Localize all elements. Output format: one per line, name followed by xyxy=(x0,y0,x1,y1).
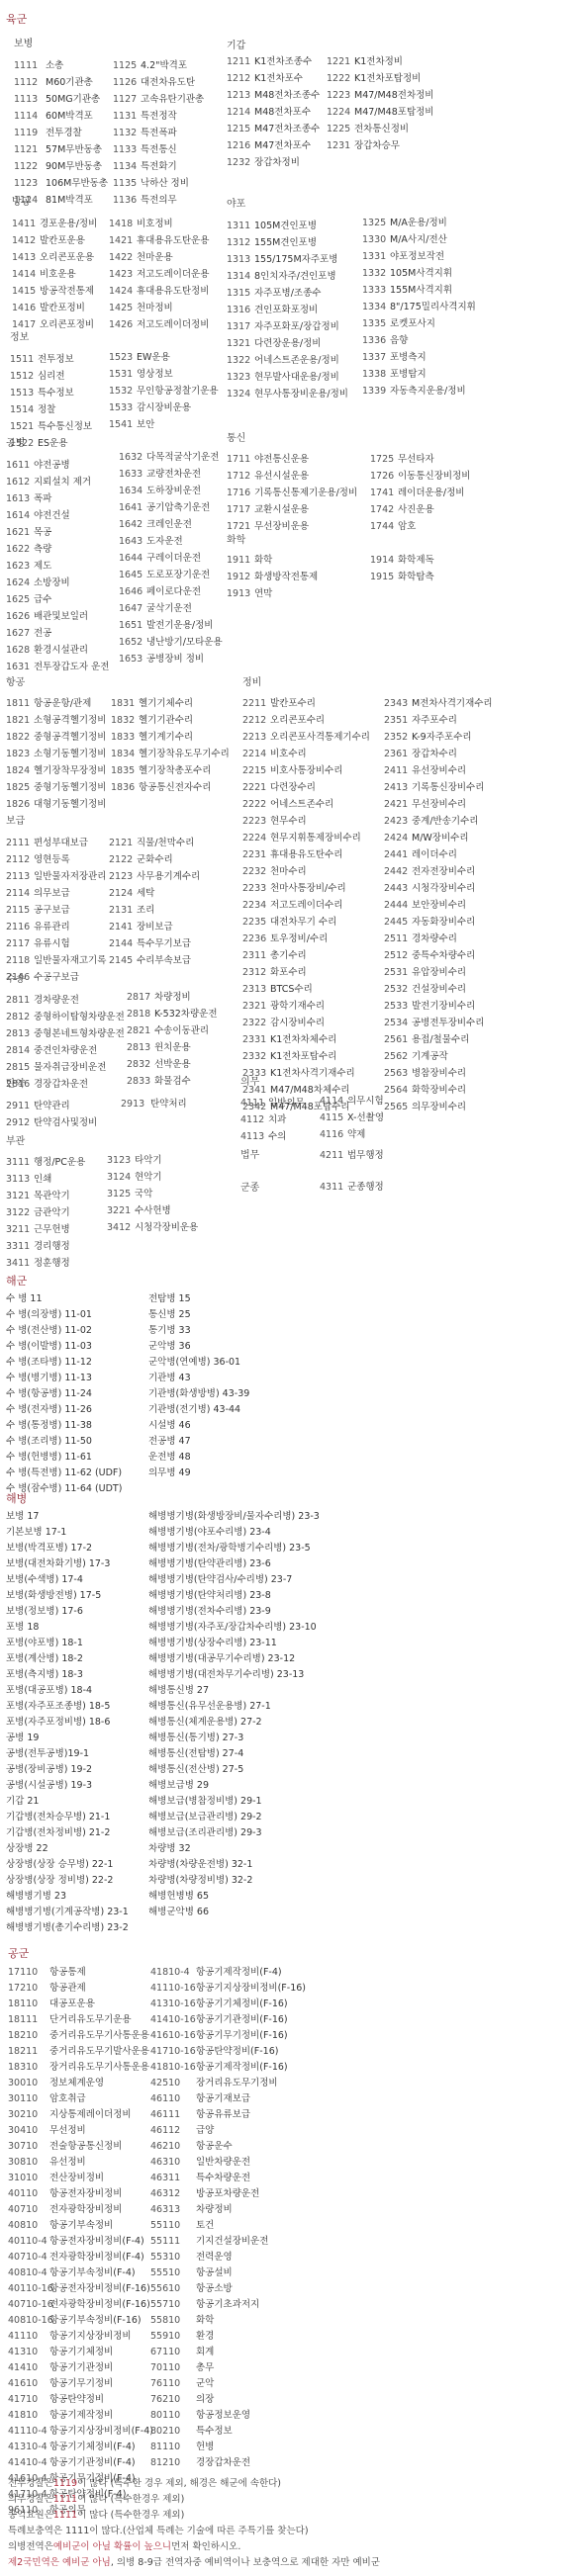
code-number: 2111 xyxy=(6,839,34,848)
rating-entry: 수 병(특전병) 11-62 (UDF) xyxy=(6,1466,122,1481)
code-number: 2441 xyxy=(384,850,412,860)
code-entry: 2115공구보급 xyxy=(6,902,106,919)
code-name: 자주포수리 xyxy=(412,716,457,726)
specialty-entry: 공병 19 xyxy=(6,1731,129,1746)
code-name: 병참장비수리 xyxy=(412,1069,466,1079)
code-name: 토우정비/수리 xyxy=(270,934,328,944)
code-entry: 1223M47/M48전차정비 xyxy=(327,87,433,104)
code-entry: 2511경차량수리 xyxy=(384,931,493,947)
code-number: 2413 xyxy=(384,783,412,793)
specialty-entry: 해병병기병(총기수리병) 23-2 xyxy=(6,1920,129,1936)
code-entry: 1613폭파 xyxy=(6,490,109,507)
code-number: 46310 xyxy=(150,2158,196,2168)
code-name: 무인항공정찰기운용 xyxy=(137,387,219,397)
code-number: 2411 xyxy=(384,766,412,776)
code-name: K1전차포탑수리 xyxy=(270,1052,336,1062)
rating-entry: 의무병 49 xyxy=(148,1466,249,1481)
code-entry: 2512중특수차량수리 xyxy=(384,947,493,964)
code-name: 경장갑차운전 xyxy=(196,2458,250,2468)
code-name: 오리콘포수리 xyxy=(270,716,325,726)
code-number: 2123 xyxy=(109,872,137,882)
code-name: 다목적굴삭기운전 xyxy=(146,453,219,463)
code-entry: 41410-16항공기기관정비(F-16) xyxy=(150,2012,306,2028)
code-entry: 1627전공 xyxy=(6,625,109,642)
code-name: 전자광학장비정비 xyxy=(49,2205,122,2215)
footnote-line: 제2국민역은 예비군 아님, 의병 8-9급 전역자중 예비역이나 보충역으로 … xyxy=(8,2555,380,2571)
rating-entry: 통기병 33 xyxy=(148,1323,249,1339)
code-number: 1647 xyxy=(119,604,146,614)
code-name: 목관악기 xyxy=(34,1192,70,1201)
code-entry: 41610-16항공기무기정비(F-16) xyxy=(150,2028,306,2044)
code-number: 1422 xyxy=(109,253,137,263)
code-entry: 1523EW운용 xyxy=(109,349,219,366)
highlighted-text: 1111 xyxy=(53,2495,77,2505)
code-name: 특수정보 xyxy=(196,2427,233,2437)
code-entry: 2832선박운용 xyxy=(127,1056,218,1073)
code-entry: 1631전투장갑도자 운전 xyxy=(6,659,109,675)
code-number: 2313 xyxy=(242,985,270,995)
code-entry: 2813중형본네트형차량운전 xyxy=(6,1025,125,1042)
rating-entry: 수 병(조리병) 11-50 xyxy=(6,1434,122,1450)
code-number: 1119 xyxy=(14,129,46,138)
code-column: 1311105M견인포병1312155M견인포병1313155/175M자주포병… xyxy=(227,218,348,402)
code-name: 전자광학장비정비(F-16) xyxy=(49,2300,150,2310)
specialty-entry: 보병(정보병) 17-6 xyxy=(6,1604,129,1620)
code-name: 토건 xyxy=(196,2221,214,2231)
code-name: 공기압축기운전 xyxy=(146,503,210,513)
specialty-entry: 기본보병 17-1 xyxy=(6,1525,129,1541)
code-entry: 1426저고도레이더정비 xyxy=(109,316,209,333)
code-entry: 2112영현등록 xyxy=(6,851,106,868)
code-entry: 76210의장 xyxy=(150,2392,306,2408)
code-name: 의무시험 xyxy=(347,1097,384,1107)
code-entry: 13348"/175밀리사격지휘 xyxy=(362,299,476,315)
code-name: 무선타자 xyxy=(398,455,434,465)
code-name: 항공관제 xyxy=(49,1984,86,1994)
code-entry: 2413기록통신장비수리 xyxy=(384,779,493,796)
code-entry: 2361장갑차수리 xyxy=(384,746,493,762)
category-label-transport: 수송 xyxy=(6,975,25,985)
code-entry: 1512심리전 xyxy=(10,368,92,385)
code-number: 31010 xyxy=(8,2174,49,2183)
code-number: 2224 xyxy=(242,834,270,844)
code-name: 항공기무기정비(F-16) xyxy=(196,2031,288,2041)
code-name: 전술항공통신정비 xyxy=(49,2142,122,2152)
code-entry: 1127고속유탄기관총 xyxy=(113,91,204,108)
code-name: 경차량운전 xyxy=(34,996,79,1006)
code-name: 소형기동헬기정비 xyxy=(34,750,106,759)
code-number: 41410 xyxy=(8,2363,49,2373)
code-name: 휴대용유도탄수리 xyxy=(270,850,342,860)
code-name: 야전건설 xyxy=(34,511,70,521)
code-name: 전력운영 xyxy=(196,2253,233,2263)
code-number: 2565 xyxy=(384,1103,412,1112)
code-name: 다련장운용/정비 xyxy=(254,339,321,349)
code-number: 1911 xyxy=(227,556,254,566)
code-entry: 1624소방장비 xyxy=(6,575,109,591)
code-number: 1826 xyxy=(6,800,34,810)
code-name: M/A운용/정비 xyxy=(390,219,447,228)
code-number: 2131 xyxy=(109,906,137,916)
code-number: 1121 xyxy=(14,145,46,155)
code-name: 군종행정 xyxy=(347,1183,384,1193)
code-entry: 3123타악기 xyxy=(107,1152,198,1169)
code-name: 특전화기 xyxy=(141,162,177,172)
highlighted-text: 1119 xyxy=(53,2479,77,2489)
code-number: 18211 xyxy=(8,2047,49,2057)
specialty-entry: 해병통신(체계운용병) 27-2 xyxy=(148,1715,320,1731)
code-number: 4311 xyxy=(320,1183,347,1193)
code-entry: 46210항공운수 xyxy=(150,2139,306,2155)
code-entry: 1912화생방작전통제 xyxy=(227,569,318,585)
category-label-signal: 통신 xyxy=(227,434,245,444)
code-name: 정훈행정 xyxy=(34,1259,70,1269)
code-number: 1216 xyxy=(227,141,254,151)
code-name: M47/M48전차정비 xyxy=(354,91,433,101)
code-entry: 1711야전통신운용 xyxy=(227,451,357,468)
specialty-entry: 해병헌병병 65 xyxy=(148,1889,320,1905)
code-number: 1127 xyxy=(113,95,141,105)
code-number: 55310 xyxy=(150,2253,196,2263)
code-name: 중견인차량운전 xyxy=(34,1046,97,1056)
code-entry: 41710항공탄약정비 xyxy=(8,2392,153,2408)
note-text: 전투경찰은 xyxy=(8,2479,53,2489)
code-entry: 2817차량정비 xyxy=(127,989,218,1006)
code-entry: 1643도자운전 xyxy=(119,533,223,550)
code-entry: 1312155M견인포병 xyxy=(227,234,348,251)
code-column: 1632다목적굴삭기운전1633교량전차운전1634도하장비운전1641공기압축… xyxy=(119,449,223,667)
code-number: 1612 xyxy=(6,478,34,488)
code-name: 근무헌병 xyxy=(34,1225,70,1235)
note-text: 이 많다 (특수한경우 제외) xyxy=(77,2495,184,2505)
code-number: 1651 xyxy=(119,621,146,631)
code-entry: 2911탄약관리 xyxy=(6,1098,97,1114)
code-number: 1333 xyxy=(362,286,390,296)
code-entry: 2565의무장비수리 xyxy=(384,1099,493,1115)
code-entry: 1628환경시설관리 xyxy=(6,642,109,659)
code-name: 건설장비수리 xyxy=(412,985,466,995)
code-entry: 40710전자광학장비정비 xyxy=(8,2202,153,2218)
code-name: 전투정보 xyxy=(38,355,74,365)
code-name: 목공 xyxy=(34,528,51,538)
rating-entry: 수 병(전자병) 11-26 xyxy=(6,1402,122,1418)
category-label-infantry: 보병 xyxy=(14,40,33,49)
code-number: 1324 xyxy=(227,390,254,400)
code-number: 2913 xyxy=(121,1100,150,1110)
code-name: 항공기기체정비(F-16) xyxy=(196,1999,288,2009)
code-name: 낙하산 정비 xyxy=(141,179,189,189)
code-entry: 2343M전차사격기재수리 xyxy=(384,695,493,712)
code-entry: 1311105M견인포병 xyxy=(227,218,348,234)
code-number: 55910 xyxy=(150,2332,196,2342)
specialty-entry: 해병병기병(화생방장비/물자수리병) 23-3 xyxy=(148,1509,320,1525)
code-entry: 2233천마사통장비/수리 xyxy=(242,880,370,897)
code-name: 세탁 xyxy=(137,889,154,899)
code-number: 30410 xyxy=(8,2126,49,2136)
code-column: 1914화학제독1915화학탐측 xyxy=(370,552,434,585)
code-name: 현무수리 xyxy=(270,817,307,827)
code-entry: 1119전투경찰 xyxy=(14,125,108,141)
code-name: 화물검수 xyxy=(154,1077,191,1087)
code-name: 금관악기 xyxy=(34,1208,70,1218)
code-entry: 30410무선정비 xyxy=(8,2123,153,2139)
code-name: 물자취급장비운전 xyxy=(34,1063,106,1073)
code-number: 1511 xyxy=(10,355,38,365)
code-entry: 2561용접/철물수리 xyxy=(384,1031,493,1048)
code-name: 항공통신전자수리 xyxy=(139,783,211,793)
code-entry: 1212K1전차포수 xyxy=(227,70,320,87)
code-number: 2116 xyxy=(6,923,34,933)
code-name: 휴대용유도탄운용 xyxy=(137,236,209,246)
code-number: 1513 xyxy=(10,389,38,399)
code-name: 야전통신운용 xyxy=(254,455,309,465)
code-number: 2423 xyxy=(384,817,412,827)
code-name: 항공기부속정비 xyxy=(49,2221,113,2231)
code-name: 항공탄약정비(F-16) xyxy=(196,2047,278,2057)
code-number: 2234 xyxy=(242,901,270,911)
rating-entry: 수 병(병기병) 11-13 xyxy=(6,1371,122,1386)
code-entry: 2423중계/반송기수리 xyxy=(384,813,493,830)
code-name: 크레인운전 xyxy=(146,520,192,530)
code-name: M47전차조종수 xyxy=(254,125,320,134)
code-entry: 2212오리콘포수리 xyxy=(242,712,370,729)
code-number: 46112 xyxy=(150,2126,196,2136)
code-name: 암호취급 xyxy=(49,2094,86,2104)
code-name: 특전의무 xyxy=(141,196,177,206)
code-name: 항공기지상장비정비(F-16) xyxy=(196,1984,306,1994)
code-name: 냉난방기/모타운용 xyxy=(146,638,223,648)
code-entry: 67110회계 xyxy=(150,2345,306,2360)
code-entry: 1133특전통신 xyxy=(113,141,204,158)
code-name: 중특수차량수리 xyxy=(412,951,475,961)
code-name: 경장갑차운전 xyxy=(34,1080,88,1090)
code-name: 155M사격지휘 xyxy=(390,286,452,296)
code-entry: 2421무선장비수리 xyxy=(384,796,493,813)
code-entry: 46110항공기재보급 xyxy=(150,2091,306,2107)
code-number: 2813 xyxy=(6,1029,34,1039)
code-number: 2533 xyxy=(384,1002,412,1012)
code-number: 4111 xyxy=(240,1099,268,1109)
code-entry: 1647굴삭기운전 xyxy=(119,600,223,617)
code-name: 전산장비정비 xyxy=(49,2174,104,2183)
code-name: 헌병 xyxy=(196,2443,214,2452)
code-name: 시청각장비수리 xyxy=(412,884,475,894)
code-entry: 41310항공기기체정비 xyxy=(8,2345,153,2360)
code-entry: 1411경포운용/정비 xyxy=(12,216,97,232)
code-entry: 1521특수통신정보 xyxy=(10,418,92,435)
code-name: 정보체계운영 xyxy=(49,2079,104,2088)
code-entry: 1211K1전차조종수 xyxy=(227,53,320,70)
code-name: 교환시설운용 xyxy=(254,505,309,515)
code-entry: 3111행정/PC운용 xyxy=(6,1154,85,1171)
code-entry: 1644구레이더운전 xyxy=(119,550,223,567)
code-name: 수의 xyxy=(268,1132,286,1142)
rating-entry: 전탐병 15 xyxy=(148,1291,249,1307)
code-entry: 1716기록통신통제기운용/정비 xyxy=(227,485,357,501)
code-entry: 112290M무반동총 xyxy=(14,158,108,175)
code-entry: 1914화학제독 xyxy=(370,552,434,569)
code-number: 1413 xyxy=(12,253,40,263)
code-number: 1425 xyxy=(109,304,137,313)
code-entry: 2131조리 xyxy=(109,902,200,919)
code-column: 1418비호정비1421휴대용유도탄운용1422천마운용1423저고도레이더운용… xyxy=(109,216,209,333)
code-entry: 2236토우정비/수리 xyxy=(242,931,370,947)
code-number: 1330 xyxy=(362,235,390,245)
code-name: 소형공격헬기정비 xyxy=(34,716,106,726)
code-number: 1411 xyxy=(12,220,40,229)
code-name: 항공탄약정비 xyxy=(49,2395,104,2405)
code-number: 1133 xyxy=(113,145,141,155)
code-number: 2114 xyxy=(6,889,34,899)
code-name: 발칸포운용 xyxy=(40,236,85,246)
code-entry: 1651발전기운용/정비 xyxy=(119,617,223,634)
code-number: 2361 xyxy=(384,750,412,759)
code-number: 46312 xyxy=(150,2189,196,2199)
footnote-line: 전투경찰은 1119 이 많다 (특수한 경우 제외, 해경은 해군에 속한다) xyxy=(8,2476,380,2492)
code-name: 항공기기관정비(F-16) xyxy=(196,2015,288,2025)
code-number: 1223 xyxy=(327,91,354,101)
code-number: 1833 xyxy=(111,733,139,743)
code-column: 1111소총1112M60기관총111350MG기관총111460M박격포111… xyxy=(14,57,108,209)
marines-column-right: 해병병기병(화생방장비/물자수리병) 23-3해병병기병(야포수리병) 23-4… xyxy=(148,1509,320,1920)
code-number: 3122 xyxy=(6,1208,34,1218)
code-number: 76110 xyxy=(150,2379,196,2389)
code-number: 18310 xyxy=(8,2063,49,2073)
code-number: 1232 xyxy=(227,158,254,168)
specialty-entry: 해병보급병 29 xyxy=(148,1778,320,1794)
code-name: 이동통신장비정비 xyxy=(398,472,470,482)
rating-entry: 군악병 36 xyxy=(148,1339,249,1355)
code-column: 1725무선타자1726이동통신장비정비1741레이더운용/정비1742사진운용… xyxy=(370,451,470,535)
code-entry: 40810-4항공기부속정비(F-4) xyxy=(8,2265,153,2281)
code-name: 항공기무기정비 xyxy=(49,2379,113,2389)
code-entry: 76110군악 xyxy=(150,2376,306,2392)
marines-column-left: 보병 17기본보병 17-1보병(박격포병) 17-2보병(대전차화기병) 17… xyxy=(6,1509,129,1936)
code-entry: 41110항공기지상장비정비 xyxy=(8,2329,153,2345)
code-name: 장거리유도무기정비 xyxy=(196,2079,278,2088)
code-number: 2511 xyxy=(384,934,412,944)
code-name: 공구보급 xyxy=(34,906,70,916)
code-name: 현무사통장비운용/정비 xyxy=(254,390,348,400)
code-entry: 1831헬기기체수리 xyxy=(111,695,230,712)
code-entry: 2562기계공작 xyxy=(384,1048,493,1065)
code-entry: 41110-16항공기지상장비정비(F-16) xyxy=(150,1981,306,1997)
specialty-entry: 포병(계산병) 18-2 xyxy=(6,1651,129,1667)
code-name: 감시장비운용 xyxy=(137,403,191,413)
code-name: 4.2"박격포 xyxy=(141,61,187,71)
code-number: 1313 xyxy=(227,255,254,265)
note-text: , 의병 8-9급 전역자중 예비역이나 보충역으로 제대한 자만 예비군 xyxy=(111,2558,380,2568)
code-entry: 1824헬기장착무장정비 xyxy=(6,762,106,779)
code-number: 2122 xyxy=(109,855,137,865)
code-number: 4115 xyxy=(320,1113,347,1123)
code-entry: 1136특전의무 xyxy=(113,192,204,209)
category-label-medical: 의무 xyxy=(240,1078,259,1088)
code-entry: 2443시청각장비수리 xyxy=(384,880,493,897)
code-number: 40810 xyxy=(8,2221,49,2231)
code-entry: 1741레이더운용/정비 xyxy=(370,485,470,501)
code-number: 1643 xyxy=(119,537,146,547)
code-name: 항공기기체정비 xyxy=(49,2348,113,2357)
code-name: 발칸포수리 xyxy=(270,699,316,709)
code-column: 1325M/A운용/정비1330M/A사지/전산1331야포정보작전133210… xyxy=(362,215,476,400)
code-number: 2532 xyxy=(384,985,412,995)
code-name: X-선촬영 xyxy=(347,1113,384,1123)
code-name: 포병측지 xyxy=(390,353,427,363)
code-name: M60기관총 xyxy=(46,78,93,88)
code-name: 특전통신 xyxy=(141,145,177,155)
code-name: 일반물자저장관리 xyxy=(34,872,106,882)
code-number: 1412 xyxy=(12,236,40,246)
code-entry: 80110항공정보운영 xyxy=(150,2408,306,2424)
code-name: 군화수리 xyxy=(137,855,173,865)
code-number: 1424 xyxy=(109,287,137,297)
code-name: K1전차포탑정비 xyxy=(354,74,421,84)
code-entry: 1833헬기계기수리 xyxy=(111,729,230,746)
code-name: 어네스트존수리 xyxy=(270,800,333,810)
code-number: 55110 xyxy=(150,2221,196,2231)
code-name: 용접/철물수리 xyxy=(412,1035,469,1045)
code-number: 40810-4 xyxy=(8,2268,49,2278)
code-name: 화생방작전통제 xyxy=(254,573,318,582)
code-entry: 11254.2"박격포 xyxy=(113,57,204,74)
code-entry: 1322어네스트존운용/정비 xyxy=(227,352,348,369)
code-number: 1311 xyxy=(227,222,254,231)
code-number: 41110 xyxy=(8,2332,49,2342)
code-number: 3412 xyxy=(107,1223,135,1233)
code-entry: 41110-4항공기지상장비정비(F-4) xyxy=(8,2424,153,2440)
specialty-entry: 상장병(상장 정비병) 22-2 xyxy=(6,1873,129,1889)
code-number: 1523 xyxy=(109,353,137,363)
code-entry: 81210경장갑차운전 xyxy=(150,2455,306,2471)
code-column: 4311군종행정 xyxy=(320,1179,384,1196)
code-number: 55111 xyxy=(150,2237,196,2247)
code-name: 야포정보작전 xyxy=(390,252,444,262)
code-number: 2445 xyxy=(384,918,412,928)
code-number: 2235 xyxy=(242,918,270,928)
code-entry: 1134특전화기 xyxy=(113,158,204,175)
code-entry: 3311경리행정 xyxy=(6,1238,85,1255)
specialty-entry: 공병(시설공병) 19-3 xyxy=(6,1778,129,1794)
code-entry: 1337포병측지 xyxy=(362,349,476,366)
code-name: 포병탐지 xyxy=(390,370,427,380)
specialty-entry: 해병병기병(대공무기수리병) 23-12 xyxy=(148,1651,320,1667)
code-number: 55510 xyxy=(150,2268,196,2278)
code-number: 3111 xyxy=(6,1158,34,1168)
code-number: 41310 xyxy=(8,2348,49,2357)
code-number: 1541 xyxy=(109,420,137,430)
code-name: 견인포화포정비 xyxy=(254,306,318,315)
code-number: 17110 xyxy=(8,1968,49,1978)
code-entry: 40810항공기부속정비 xyxy=(8,2218,153,2234)
code-name: 구레이더운전 xyxy=(146,554,201,564)
specialty-entry: 포병(측지병) 18-3 xyxy=(6,1667,129,1683)
code-number: 4114 xyxy=(320,1097,347,1107)
code-number: 1221 xyxy=(327,57,354,67)
code-name: 헬기장착총포수리 xyxy=(139,766,211,776)
code-entry: 2223현무수리 xyxy=(242,813,370,830)
code-entry: 1225전차통신정비 xyxy=(327,121,433,137)
code-number: 2443 xyxy=(384,884,412,894)
code-entry: 13148인치자주/견인포병 xyxy=(227,268,348,285)
code-name: 제도 xyxy=(34,562,51,572)
specialty-entry: 해병통신병 27 xyxy=(148,1683,320,1699)
code-name: 중형기동헬기정비 xyxy=(34,783,106,793)
code-column: 1221K1전차정비1222K1전차포탑정비1223M47/M48전차정비122… xyxy=(327,53,433,154)
code-name: 항공정보운영 xyxy=(196,2411,250,2421)
rating-entry: 수 병(전산병) 11-02 xyxy=(6,1323,122,1339)
code-number: 30710 xyxy=(8,2142,49,2152)
